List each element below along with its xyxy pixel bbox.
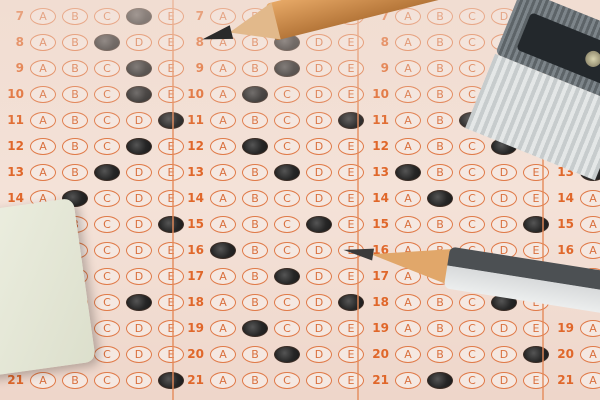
question-row: 15ABCDE — [365, 214, 555, 234]
answer-bubble-c: C — [94, 138, 120, 155]
answer-bubble-a: A — [395, 112, 421, 129]
answer-bubble-c: C — [94, 190, 120, 207]
question-number: 9 — [0, 61, 24, 75]
answer-bubble-c: C — [459, 216, 485, 233]
answer-bubble-d: D — [306, 372, 332, 389]
photo-scene: 7ABCDE8ABCDE9ABCDE10ABCDE11ABCDE12ABCDE1… — [0, 0, 600, 400]
question-number: 11 — [180, 113, 204, 127]
question-number: 15 — [550, 217, 574, 231]
question-number: 14 — [180, 191, 204, 205]
answer-bubble-b: B — [62, 8, 88, 25]
answer-bubble-b: B — [242, 242, 268, 259]
answer-bubble-d: D — [126, 268, 152, 285]
question-row: 13ABCDE — [180, 162, 370, 182]
answer-bubble-c: C — [94, 112, 120, 129]
answer-bubble-e: E — [338, 86, 364, 103]
answer-bubble-c: C — [459, 8, 485, 25]
question-row: 16ABCDE — [550, 240, 600, 260]
answer-bubble-d: D — [126, 138, 152, 155]
answer-bubble-b: B — [242, 372, 268, 389]
question-row: 20ABCDE — [550, 344, 600, 364]
answer-bubble-c: C — [459, 164, 485, 181]
answer-bubble-e: E — [338, 372, 364, 389]
question-number: 21 — [0, 373, 24, 387]
question-number: 13 — [180, 165, 204, 179]
answer-bubble-d: D — [126, 86, 152, 103]
answer-bubble-b: B — [242, 320, 268, 337]
answer-bubble-c: C — [274, 294, 300, 311]
answer-bubble-c: C — [274, 112, 300, 129]
answer-bubble-a: A — [580, 190, 600, 207]
question-number: 20 — [550, 347, 574, 361]
answer-bubble-d: D — [491, 346, 517, 363]
answer-bubble-d: D — [306, 242, 332, 259]
answer-bubble-d: D — [126, 372, 152, 389]
answer-bubble-b: B — [427, 320, 453, 337]
answer-bubble-d: D — [491, 190, 517, 207]
answer-bubble-b: B — [242, 294, 268, 311]
answer-bubble-b: B — [427, 34, 453, 51]
answer-bubble-e: E — [523, 190, 549, 207]
answer-bubble-d: D — [491, 164, 517, 181]
answer-bubble-e: E — [338, 346, 364, 363]
answer-bubble-a: A — [395, 34, 421, 51]
answer-bubble-d: D — [306, 268, 332, 285]
answer-bubble-a: A — [210, 190, 236, 207]
answer-bubble-b: B — [242, 164, 268, 181]
answer-bubble-b: B — [242, 60, 268, 77]
answer-bubble-b: B — [62, 60, 88, 77]
answer-bubble-b: B — [427, 190, 453, 207]
answer-bubble-c: C — [94, 8, 120, 25]
answer-bubble-a: A — [210, 346, 236, 363]
answer-bubble-c: C — [94, 164, 120, 181]
answer-bubble-c: C — [274, 164, 300, 181]
answer-bubble-c: C — [94, 242, 120, 259]
question-row: 15ABCDE — [550, 214, 600, 234]
question-row: 20ABCDE — [180, 344, 370, 364]
answer-bubble-c: C — [459, 138, 485, 155]
answer-bubble-b: B — [242, 86, 268, 103]
answer-bubble-a: A — [210, 294, 236, 311]
question-number: 10 — [365, 87, 389, 101]
answer-bubble-a: A — [580, 346, 600, 363]
question-number: 12 — [365, 139, 389, 153]
answer-bubble-b: B — [427, 346, 453, 363]
answer-bubble-b: B — [242, 268, 268, 285]
answer-bubble-a: A — [395, 346, 421, 363]
answer-bubble-d: D — [306, 60, 332, 77]
question-number: 14 — [0, 191, 24, 205]
answer-bubble-b: B — [62, 112, 88, 129]
answer-bubble-e: E — [523, 164, 549, 181]
answer-bubble-e: E — [338, 112, 364, 129]
question-number: 12 — [0, 139, 24, 153]
answer-bubble-e: E — [523, 216, 549, 233]
answer-bubble-a: A — [580, 242, 600, 259]
answer-bubble-d: D — [306, 112, 332, 129]
answer-bubble-a: A — [580, 216, 600, 233]
answer-bubble-b: B — [427, 372, 453, 389]
answer-bubble-e: E — [523, 346, 549, 363]
question-number: 20 — [180, 347, 204, 361]
question-number: 13 — [0, 165, 24, 179]
answer-bubble-b: B — [62, 138, 88, 155]
answer-bubble-d: D — [126, 190, 152, 207]
answer-bubble-e: E — [338, 164, 364, 181]
answer-bubble-c: C — [274, 60, 300, 77]
question-row: 9ABCDE — [0, 58, 190, 78]
question-number: 17 — [180, 269, 204, 283]
answer-bubble-e: E — [338, 60, 364, 77]
answer-bubble-d: D — [126, 216, 152, 233]
question-number: 15 — [180, 217, 204, 231]
answer-bubble-d: D — [126, 60, 152, 77]
answer-bubble-c: C — [459, 372, 485, 389]
answer-bubble-a: A — [30, 34, 56, 51]
answer-bubble-c: C — [94, 372, 120, 389]
answer-bubble-d: D — [126, 8, 152, 25]
question-number: 14 — [365, 191, 389, 205]
answer-bubble-a: A — [395, 86, 421, 103]
answer-bubble-e: E — [338, 190, 364, 207]
answer-bubble-e: E — [523, 372, 549, 389]
question-row: 13ABCDE — [0, 162, 190, 182]
answer-bubble-c: C — [274, 372, 300, 389]
answer-bubble-b: B — [427, 216, 453, 233]
answer-bubble-b: B — [242, 138, 268, 155]
question-number: 20 — [365, 347, 389, 361]
answer-bubble-d: D — [126, 112, 152, 129]
column-divider — [357, 0, 359, 400]
answer-bubble-b: B — [427, 164, 453, 181]
answer-bubble-b: B — [242, 346, 268, 363]
question-row: 8ABCDE — [0, 32, 190, 52]
answer-bubble-a: A — [395, 190, 421, 207]
question-number: 15 — [365, 217, 389, 231]
answer-bubble-c: C — [94, 34, 120, 51]
answer-bubble-a: A — [210, 86, 236, 103]
answer-bubble-a: A — [30, 372, 56, 389]
question-number: 16 — [180, 243, 204, 257]
answer-bubble-b: B — [427, 138, 453, 155]
answer-bubble-e: E — [338, 138, 364, 155]
answer-bubble-d: D — [491, 372, 517, 389]
answer-bubble-c: C — [274, 216, 300, 233]
pencil-lead — [342, 244, 374, 261]
answer-bubble-d: D — [126, 34, 152, 51]
question-number: 8 — [0, 35, 24, 49]
answer-bubble-c: C — [274, 190, 300, 207]
question-number: 10 — [0, 87, 24, 101]
answer-bubble-e: E — [338, 320, 364, 337]
answer-bubble-c: C — [94, 320, 120, 337]
answer-bubble-a: A — [210, 242, 236, 259]
answer-bubble-a: A — [210, 372, 236, 389]
answer-bubble-a: A — [210, 268, 236, 285]
answer-bubble-a: A — [395, 320, 421, 337]
question-row: 14ABCDE — [365, 188, 555, 208]
answer-bubble-c: C — [459, 346, 485, 363]
question-number: 9 — [180, 61, 204, 75]
question-row: 21ABCDE — [0, 370, 190, 390]
answer-bubble-c: C — [274, 242, 300, 259]
answer-bubble-a: A — [30, 86, 56, 103]
answer-bubble-c: C — [274, 346, 300, 363]
question-number: 8 — [365, 35, 389, 49]
answer-bubble-b: B — [62, 372, 88, 389]
answer-bubble-a: A — [210, 164, 236, 181]
answer-bubble-c: C — [274, 86, 300, 103]
answer-bubble-e: E — [338, 34, 364, 51]
question-number: 21 — [180, 373, 204, 387]
question-row: 21ABCDE — [180, 370, 370, 390]
answer-bubble-b: B — [62, 34, 88, 51]
answer-bubble-a: A — [580, 372, 600, 389]
answer-bubble-d: D — [306, 216, 332, 233]
question-row: 21ABCDE — [550, 370, 600, 390]
answer-bubble-a: A — [395, 216, 421, 233]
column-divider — [172, 0, 174, 400]
answer-bubble-c: C — [274, 138, 300, 155]
answer-bubble-c: C — [94, 60, 120, 77]
answer-bubble-c: C — [94, 346, 120, 363]
answer-bubble-c: C — [274, 268, 300, 285]
question-row: 12ABCDE — [180, 136, 370, 156]
answer-bubble-a: A — [210, 112, 236, 129]
question-number: 9 — [365, 61, 389, 75]
question-row: 20ABCDE — [365, 344, 555, 364]
answer-bubble-d: D — [306, 190, 332, 207]
answer-bubble-a: A — [210, 138, 236, 155]
question-row: 14ABCDE — [180, 188, 370, 208]
answer-bubble-a: A — [30, 164, 56, 181]
answer-bubble-d: D — [306, 34, 332, 51]
answer-bubble-d: D — [306, 86, 332, 103]
answer-bubble-a: A — [210, 320, 236, 337]
question-number: 18 — [180, 295, 204, 309]
question-row: 9ABCDE — [180, 58, 370, 78]
question-number: 10 — [180, 87, 204, 101]
answer-bubble-c: C — [274, 320, 300, 337]
answer-bubble-b: B — [242, 190, 268, 207]
answer-bubble-d: D — [126, 346, 152, 363]
answer-bubble-e: E — [523, 242, 549, 259]
question-number: 19 — [365, 321, 389, 335]
question-number: 11 — [365, 113, 389, 127]
answer-bubble-a: A — [30, 8, 56, 25]
answer-bubble-b: B — [427, 86, 453, 103]
answer-bubble-b: B — [427, 8, 453, 25]
answer-bubble-c: C — [94, 86, 120, 103]
pencil-lead — [201, 25, 233, 46]
answer-bubble-a: A — [210, 60, 236, 77]
answer-bubble-d: D — [126, 320, 152, 337]
answer-bubble-b: B — [242, 216, 268, 233]
answer-bubble-a: A — [395, 372, 421, 389]
question-number: 13 — [365, 165, 389, 179]
answer-bubble-c: C — [94, 268, 120, 285]
answer-bubble-b: B — [427, 112, 453, 129]
answer-bubble-d: D — [306, 320, 332, 337]
question-number: 21 — [365, 373, 389, 387]
question-number: 16 — [550, 243, 574, 257]
answer-bubble-a: A — [210, 216, 236, 233]
answer-bubble-a: A — [395, 138, 421, 155]
answer-bubble-d: D — [126, 294, 152, 311]
question-number: 14 — [550, 191, 574, 205]
answer-bubble-c: C — [459, 34, 485, 51]
question-row: 15ABCDE — [180, 214, 370, 234]
answer-bubble-c: C — [94, 294, 120, 311]
question-row: 11ABCDE — [180, 110, 370, 130]
question-number: 8 — [180, 35, 204, 49]
question-row: 19ABCDE — [180, 318, 370, 338]
question-number: 21 — [550, 373, 574, 387]
question-number: 7 — [0, 9, 24, 23]
answer-bubble-a: A — [30, 138, 56, 155]
question-row: 10ABCDE — [0, 84, 190, 104]
question-number: 12 — [180, 139, 204, 153]
question-row: 12ABCDE — [0, 136, 190, 156]
answer-bubble-a: A — [395, 60, 421, 77]
answer-bubble-a: A — [395, 8, 421, 25]
answer-bubble-d: D — [126, 164, 152, 181]
question-number: 11 — [0, 113, 24, 127]
answer-bubble-e: E — [338, 216, 364, 233]
answer-bubble-d: D — [306, 138, 332, 155]
question-row: 14ABCDE — [550, 188, 600, 208]
answer-bubble-d: D — [306, 164, 332, 181]
question-number: 19 — [180, 321, 204, 335]
answer-bubble-a: A — [30, 112, 56, 129]
answer-bubble-d: D — [491, 216, 517, 233]
answer-bubble-c: C — [459, 190, 485, 207]
question-row: 7ABCDE — [0, 6, 190, 26]
answer-bubble-b: B — [62, 86, 88, 103]
answer-bubble-a: A — [395, 164, 421, 181]
answer-bubble-d: D — [306, 346, 332, 363]
question-row: 10ABCDE — [180, 84, 370, 104]
answer-bubble-d: D — [126, 242, 152, 259]
question-row: 21ABCDE — [365, 370, 555, 390]
answer-bubble-b: B — [242, 112, 268, 129]
question-row: 11ABCDE — [0, 110, 190, 130]
answer-bubble-b: B — [427, 60, 453, 77]
question-row: 13ABCDE — [365, 162, 555, 182]
answer-bubble-d: D — [306, 294, 332, 311]
answer-bubble-c: C — [459, 60, 485, 77]
answer-bubble-a: A — [30, 60, 56, 77]
answer-bubble-c: C — [94, 216, 120, 233]
answer-bubble-b: B — [62, 164, 88, 181]
